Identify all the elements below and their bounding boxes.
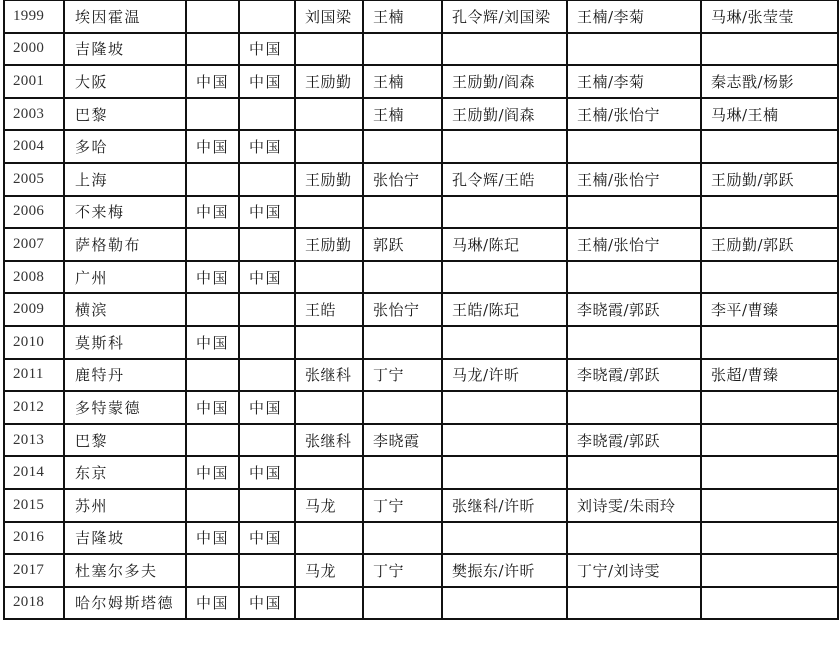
cell-womens-team: 中国 bbox=[239, 391, 295, 424]
cell-mens-singles: 马龙 bbox=[295, 554, 363, 587]
cell-year: 2005 bbox=[4, 163, 64, 196]
cell-womens-singles bbox=[363, 326, 442, 359]
cell-mens-doubles bbox=[442, 424, 567, 457]
cell-womens-team: 中国 bbox=[239, 196, 295, 229]
cell-mens-singles: 马龙 bbox=[295, 489, 363, 522]
table-row: 2013巴黎张继科李晓霞李晓霞/郭跃 bbox=[4, 424, 838, 457]
cell-mens-team bbox=[186, 424, 239, 457]
cell-womens-doubles: 王楠/张怡宁 bbox=[567, 98, 701, 131]
table-row: 2008广州中国中国 bbox=[4, 261, 838, 294]
cell-womens-team: 中国 bbox=[239, 456, 295, 489]
table-row: 2015苏州马龙丁宁张继科/许昕刘诗雯/朱雨玲 bbox=[4, 489, 838, 522]
cell-womens-singles bbox=[363, 522, 442, 555]
table-row: 2017杜塞尔多夫马龙丁宁樊振东/许昕丁宁/刘诗雯 bbox=[4, 554, 838, 587]
cell-mens-team: 中国 bbox=[186, 196, 239, 229]
cell-mixed-doubles bbox=[701, 489, 838, 522]
cell-mixed-doubles bbox=[701, 196, 838, 229]
cell-womens-team bbox=[239, 359, 295, 392]
cell-mixed-doubles bbox=[701, 554, 838, 587]
cell-womens-team: 中国 bbox=[239, 65, 295, 98]
cell-mens-singles: 张继科 bbox=[295, 359, 363, 392]
table-row: 2006不来梅中国中国 bbox=[4, 196, 838, 229]
cell-womens-doubles bbox=[567, 33, 701, 66]
table-body: 1999埃因霍温刘国梁王楠孔令辉/刘国梁王楠/李菊马琳/张莹莹2000吉隆坡中国… bbox=[4, 0, 838, 619]
cell-womens-team: 中国 bbox=[239, 130, 295, 163]
cell-mens-singles bbox=[295, 130, 363, 163]
cell-womens-singles: 王楠 bbox=[363, 0, 442, 33]
table-row: 2016吉隆坡中国中国 bbox=[4, 522, 838, 555]
cell-mixed-doubles bbox=[701, 130, 838, 163]
cell-womens-singles: 王楠 bbox=[363, 98, 442, 131]
cell-mixed-doubles: 王励勤/郭跃 bbox=[701, 163, 838, 196]
cell-mens-singles bbox=[295, 456, 363, 489]
cell-mixed-doubles: 马琳/王楠 bbox=[701, 98, 838, 131]
cell-mens-team: 中国 bbox=[186, 130, 239, 163]
cell-mixed-doubles: 李平/曹臻 bbox=[701, 293, 838, 326]
cell-womens-singles bbox=[363, 587, 442, 620]
cell-mens-singles: 王励勤 bbox=[295, 228, 363, 261]
cell-mixed-doubles: 张超/曹臻 bbox=[701, 359, 838, 392]
cell-mens-singles bbox=[295, 522, 363, 555]
cell-womens-team bbox=[239, 98, 295, 131]
cell-womens-doubles: 丁宁/刘诗雯 bbox=[567, 554, 701, 587]
cell-womens-singles: 丁宁 bbox=[363, 489, 442, 522]
cell-year: 2009 bbox=[4, 293, 64, 326]
cell-host-city: 横滨 bbox=[64, 293, 186, 326]
cell-womens-singles bbox=[363, 33, 442, 66]
cell-year: 2017 bbox=[4, 554, 64, 587]
cell-mens-doubles: 王励勤/阎森 bbox=[442, 65, 567, 98]
cell-mixed-doubles bbox=[701, 261, 838, 294]
cell-mens-team bbox=[186, 163, 239, 196]
cell-mens-doubles bbox=[442, 326, 567, 359]
cell-year: 2010 bbox=[4, 326, 64, 359]
cell-mens-team: 中国 bbox=[186, 522, 239, 555]
cell-womens-doubles: 李晓霞/郭跃 bbox=[567, 293, 701, 326]
cell-mens-team bbox=[186, 359, 239, 392]
table-row: 2011鹿特丹张继科丁宁马龙/许昕李晓霞/郭跃张超/曹臻 bbox=[4, 359, 838, 392]
cell-year: 2014 bbox=[4, 456, 64, 489]
cell-womens-team: 中国 bbox=[239, 33, 295, 66]
cell-host-city: 萨格勒布 bbox=[64, 228, 186, 261]
cell-womens-doubles: 王楠/张怡宁 bbox=[567, 228, 701, 261]
cell-host-city: 东京 bbox=[64, 456, 186, 489]
cell-mens-doubles: 马龙/许昕 bbox=[442, 359, 567, 392]
cell-mens-singles bbox=[295, 261, 363, 294]
cell-host-city: 大阪 bbox=[64, 65, 186, 98]
cell-mens-doubles: 王皓/陈玘 bbox=[442, 293, 567, 326]
cell-mixed-doubles bbox=[701, 456, 838, 489]
cell-year: 2008 bbox=[4, 261, 64, 294]
cell-mens-doubles: 张继科/许昕 bbox=[442, 489, 567, 522]
table-row: 2007萨格勒布王励勤郭跃马琳/陈玘王楠/张怡宁王励勤/郭跃 bbox=[4, 228, 838, 261]
cell-mens-team bbox=[186, 293, 239, 326]
cell-womens-doubles: 李晓霞/郭跃 bbox=[567, 424, 701, 457]
cell-mens-team: 中国 bbox=[186, 391, 239, 424]
cell-mixed-doubles: 秦志戬/杨影 bbox=[701, 65, 838, 98]
cell-womens-doubles bbox=[567, 326, 701, 359]
cell-mens-singles: 张继科 bbox=[295, 424, 363, 457]
cell-mixed-doubles: 王励勤/郭跃 bbox=[701, 228, 838, 261]
cell-host-city: 多哈 bbox=[64, 130, 186, 163]
cell-host-city: 吉隆坡 bbox=[64, 522, 186, 555]
cell-womens-singles: 王楠 bbox=[363, 65, 442, 98]
cell-year: 1999 bbox=[4, 0, 64, 33]
cell-womens-singles bbox=[363, 261, 442, 294]
cell-womens-doubles: 王楠/李菊 bbox=[567, 65, 701, 98]
cell-womens-doubles bbox=[567, 522, 701, 555]
cell-mens-team: 中国 bbox=[186, 587, 239, 620]
table-row: 2003巴黎王楠王励勤/阎森王楠/张怡宁马琳/王楠 bbox=[4, 98, 838, 131]
cell-womens-team bbox=[239, 554, 295, 587]
cell-mens-singles: 刘国梁 bbox=[295, 0, 363, 33]
cell-womens-team bbox=[239, 293, 295, 326]
cell-mixed-doubles: 马琳/张莹莹 bbox=[701, 0, 838, 33]
cell-womens-team: 中国 bbox=[239, 522, 295, 555]
cell-year: 2004 bbox=[4, 130, 64, 163]
cell-mens-doubles bbox=[442, 391, 567, 424]
table-row: 2009横滨王皓张怡宁王皓/陈玘李晓霞/郭跃李平/曹臻 bbox=[4, 293, 838, 326]
table-row: 2018哈尔姆斯塔德中国中国 bbox=[4, 587, 838, 620]
table-row: 2004多哈中国中国 bbox=[4, 130, 838, 163]
cell-mixed-doubles bbox=[701, 391, 838, 424]
results-table: 1999埃因霍温刘国梁王楠孔令辉/刘国梁王楠/李菊马琳/张莹莹2000吉隆坡中国… bbox=[3, 0, 839, 620]
cell-mens-team: 中国 bbox=[186, 261, 239, 294]
cell-host-city: 巴黎 bbox=[64, 424, 186, 457]
cell-mens-singles: 王励勤 bbox=[295, 163, 363, 196]
cell-womens-doubles bbox=[567, 130, 701, 163]
cell-mixed-doubles bbox=[701, 33, 838, 66]
cell-year: 2007 bbox=[4, 228, 64, 261]
cell-womens-team: 中国 bbox=[239, 587, 295, 620]
cell-womens-team bbox=[239, 0, 295, 33]
cell-womens-doubles: 王楠/李菊 bbox=[567, 0, 701, 33]
cell-mixed-doubles bbox=[701, 424, 838, 457]
cell-mens-team bbox=[186, 489, 239, 522]
cell-host-city: 多特蒙德 bbox=[64, 391, 186, 424]
cell-year: 2000 bbox=[4, 33, 64, 66]
cell-mens-singles bbox=[295, 33, 363, 66]
cell-womens-singles: 张怡宁 bbox=[363, 163, 442, 196]
cell-year: 2006 bbox=[4, 196, 64, 229]
cell-year: 2013 bbox=[4, 424, 64, 457]
cell-womens-doubles bbox=[567, 391, 701, 424]
cell-mens-singles: 王励勤 bbox=[295, 65, 363, 98]
cell-year: 2003 bbox=[4, 98, 64, 131]
cell-mens-doubles bbox=[442, 522, 567, 555]
cell-mens-team bbox=[186, 554, 239, 587]
cell-womens-doubles: 刘诗雯/朱雨玲 bbox=[567, 489, 701, 522]
cell-womens-team: 中国 bbox=[239, 261, 295, 294]
cell-womens-doubles bbox=[567, 196, 701, 229]
cell-womens-team bbox=[239, 163, 295, 196]
cell-mens-doubles: 孔令辉/王皓 bbox=[442, 163, 567, 196]
cell-mens-singles bbox=[295, 196, 363, 229]
cell-year: 2011 bbox=[4, 359, 64, 392]
cell-host-city: 苏州 bbox=[64, 489, 186, 522]
cell-host-city: 不来梅 bbox=[64, 196, 186, 229]
cell-mens-doubles: 王励勤/阎森 bbox=[442, 98, 567, 131]
cell-womens-singles bbox=[363, 130, 442, 163]
cell-womens-singles: 丁宁 bbox=[363, 554, 442, 587]
cell-host-city: 鹿特丹 bbox=[64, 359, 186, 392]
cell-womens-singles: 李晓霞 bbox=[363, 424, 442, 457]
cell-womens-team bbox=[239, 424, 295, 457]
cell-host-city: 莫斯科 bbox=[64, 326, 186, 359]
cell-host-city: 广州 bbox=[64, 261, 186, 294]
cell-mens-doubles bbox=[442, 261, 567, 294]
cell-womens-singles: 郭跃 bbox=[363, 228, 442, 261]
cell-mixed-doubles bbox=[701, 522, 838, 555]
cell-mens-team bbox=[186, 0, 239, 33]
cell-year: 2015 bbox=[4, 489, 64, 522]
cell-womens-doubles bbox=[567, 587, 701, 620]
cell-mens-team bbox=[186, 98, 239, 131]
cell-womens-singles bbox=[363, 391, 442, 424]
cell-host-city: 吉隆坡 bbox=[64, 33, 186, 66]
cell-mens-doubles bbox=[442, 130, 567, 163]
cell-womens-singles bbox=[363, 456, 442, 489]
cell-mixed-doubles bbox=[701, 587, 838, 620]
cell-womens-doubles bbox=[567, 456, 701, 489]
cell-womens-doubles: 王楠/张怡宁 bbox=[567, 163, 701, 196]
cell-mens-team bbox=[186, 33, 239, 66]
cell-year: 2016 bbox=[4, 522, 64, 555]
cell-womens-doubles: 李晓霞/郭跃 bbox=[567, 359, 701, 392]
cell-year: 2001 bbox=[4, 65, 64, 98]
cell-mens-team: 中国 bbox=[186, 456, 239, 489]
table-row: 2000吉隆坡中国 bbox=[4, 33, 838, 66]
cell-womens-singles: 丁宁 bbox=[363, 359, 442, 392]
cell-mens-doubles: 马琳/陈玘 bbox=[442, 228, 567, 261]
cell-mens-team: 中国 bbox=[186, 65, 239, 98]
cell-host-city: 上海 bbox=[64, 163, 186, 196]
cell-womens-singles bbox=[363, 196, 442, 229]
table-row: 2001大阪中国中国王励勤王楠王励勤/阎森王楠/李菊秦志戬/杨影 bbox=[4, 65, 838, 98]
cell-mens-doubles: 樊振东/许昕 bbox=[442, 554, 567, 587]
cell-mixed-doubles bbox=[701, 326, 838, 359]
cell-mens-team bbox=[186, 228, 239, 261]
cell-mens-doubles: 孔令辉/刘国梁 bbox=[442, 0, 567, 33]
cell-womens-doubles bbox=[567, 261, 701, 294]
cell-mens-singles bbox=[295, 326, 363, 359]
table-row: 2005上海王励勤张怡宁孔令辉/王皓王楠/张怡宁王励勤/郭跃 bbox=[4, 163, 838, 196]
cell-womens-singles: 张怡宁 bbox=[363, 293, 442, 326]
cell-host-city: 埃因霍温 bbox=[64, 0, 186, 33]
cell-host-city: 哈尔姆斯塔德 bbox=[64, 587, 186, 620]
cell-host-city: 杜塞尔多夫 bbox=[64, 554, 186, 587]
table-row: 2014东京中国中国 bbox=[4, 456, 838, 489]
cell-mens-team: 中国 bbox=[186, 326, 239, 359]
cell-mens-doubles bbox=[442, 587, 567, 620]
cell-mens-singles: 王皓 bbox=[295, 293, 363, 326]
cell-mens-doubles bbox=[442, 456, 567, 489]
table-row: 1999埃因霍温刘国梁王楠孔令辉/刘国梁王楠/李菊马琳/张莹莹 bbox=[4, 0, 838, 33]
cell-womens-team bbox=[239, 228, 295, 261]
cell-womens-team bbox=[239, 489, 295, 522]
table-row: 2012多特蒙德中国中国 bbox=[4, 391, 838, 424]
cell-mens-doubles bbox=[442, 33, 567, 66]
cell-mens-singles bbox=[295, 587, 363, 620]
cell-mens-doubles bbox=[442, 196, 567, 229]
cell-host-city: 巴黎 bbox=[64, 98, 186, 131]
cell-mens-singles bbox=[295, 98, 363, 131]
cell-year: 2012 bbox=[4, 391, 64, 424]
cell-womens-team bbox=[239, 326, 295, 359]
cell-mens-singles bbox=[295, 391, 363, 424]
table-row: 2010莫斯科中国 bbox=[4, 326, 838, 359]
cell-year: 2018 bbox=[4, 587, 64, 620]
